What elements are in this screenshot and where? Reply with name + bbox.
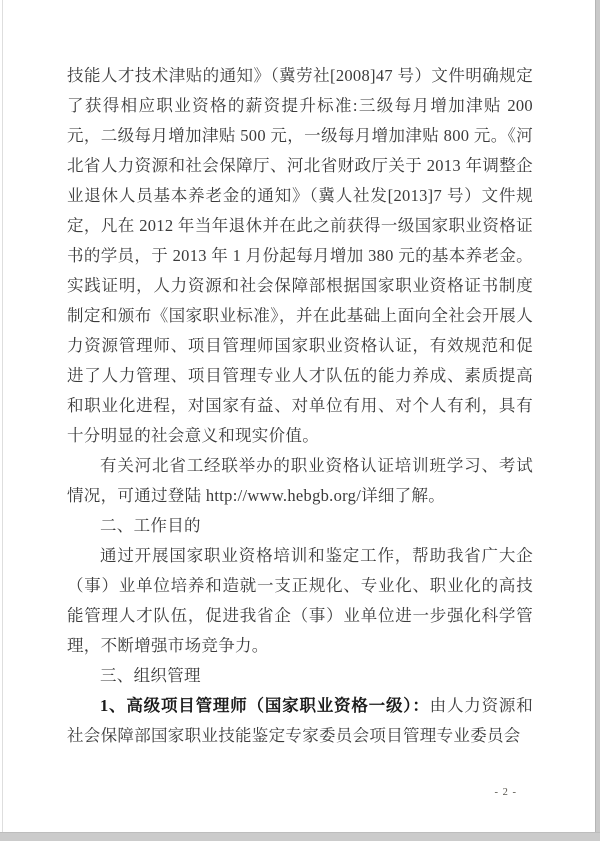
document-page: 技能人才技术津贴的通知》（冀劳社[2008]47 号）文件明确规定了获得相应职业… [0, 0, 595, 832]
paragraph-work-purpose: 通过开展国家职业资格培训和鉴定工作，帮助我省广大企（事）业单位培养和造就一支正规… [67, 541, 533, 661]
viewer-gutter-bottom [0, 832, 600, 841]
paragraph-training-info: 有关河北省工经联举办的职业资格认证培训班学习、考试情况，可通过登陆 http:/… [67, 451, 533, 511]
section-heading-organization: 三、组织管理 [67, 661, 533, 691]
item-1-bold-lead: 1、高级项目管理师（国家职业资格一级）： [100, 696, 430, 715]
page-number: - 2 - [495, 787, 518, 798]
document-body: 技能人才技术津贴的通知》（冀劳社[2008]47 号）文件明确规定了获得相应职业… [67, 61, 533, 751]
document-viewer: 技能人才技术津贴的通知》（冀劳社[2008]47 号）文件明确规定了获得相应职业… [0, 0, 600, 841]
section-heading-work-purpose: 二、工作目的 [67, 511, 533, 541]
paragraph-continuation: 技能人才技术津贴的通知》（冀劳社[2008]47 号）文件明确规定了获得相应职业… [67, 61, 533, 451]
page-left-border [2, 0, 3, 832]
viewer-gutter-right [595, 0, 600, 841]
paragraph-item-1-senior-pm: 1、高级项目管理师（国家职业资格一级）：由人力资源和社会保障部国家职业技能鉴定专… [67, 691, 533, 751]
